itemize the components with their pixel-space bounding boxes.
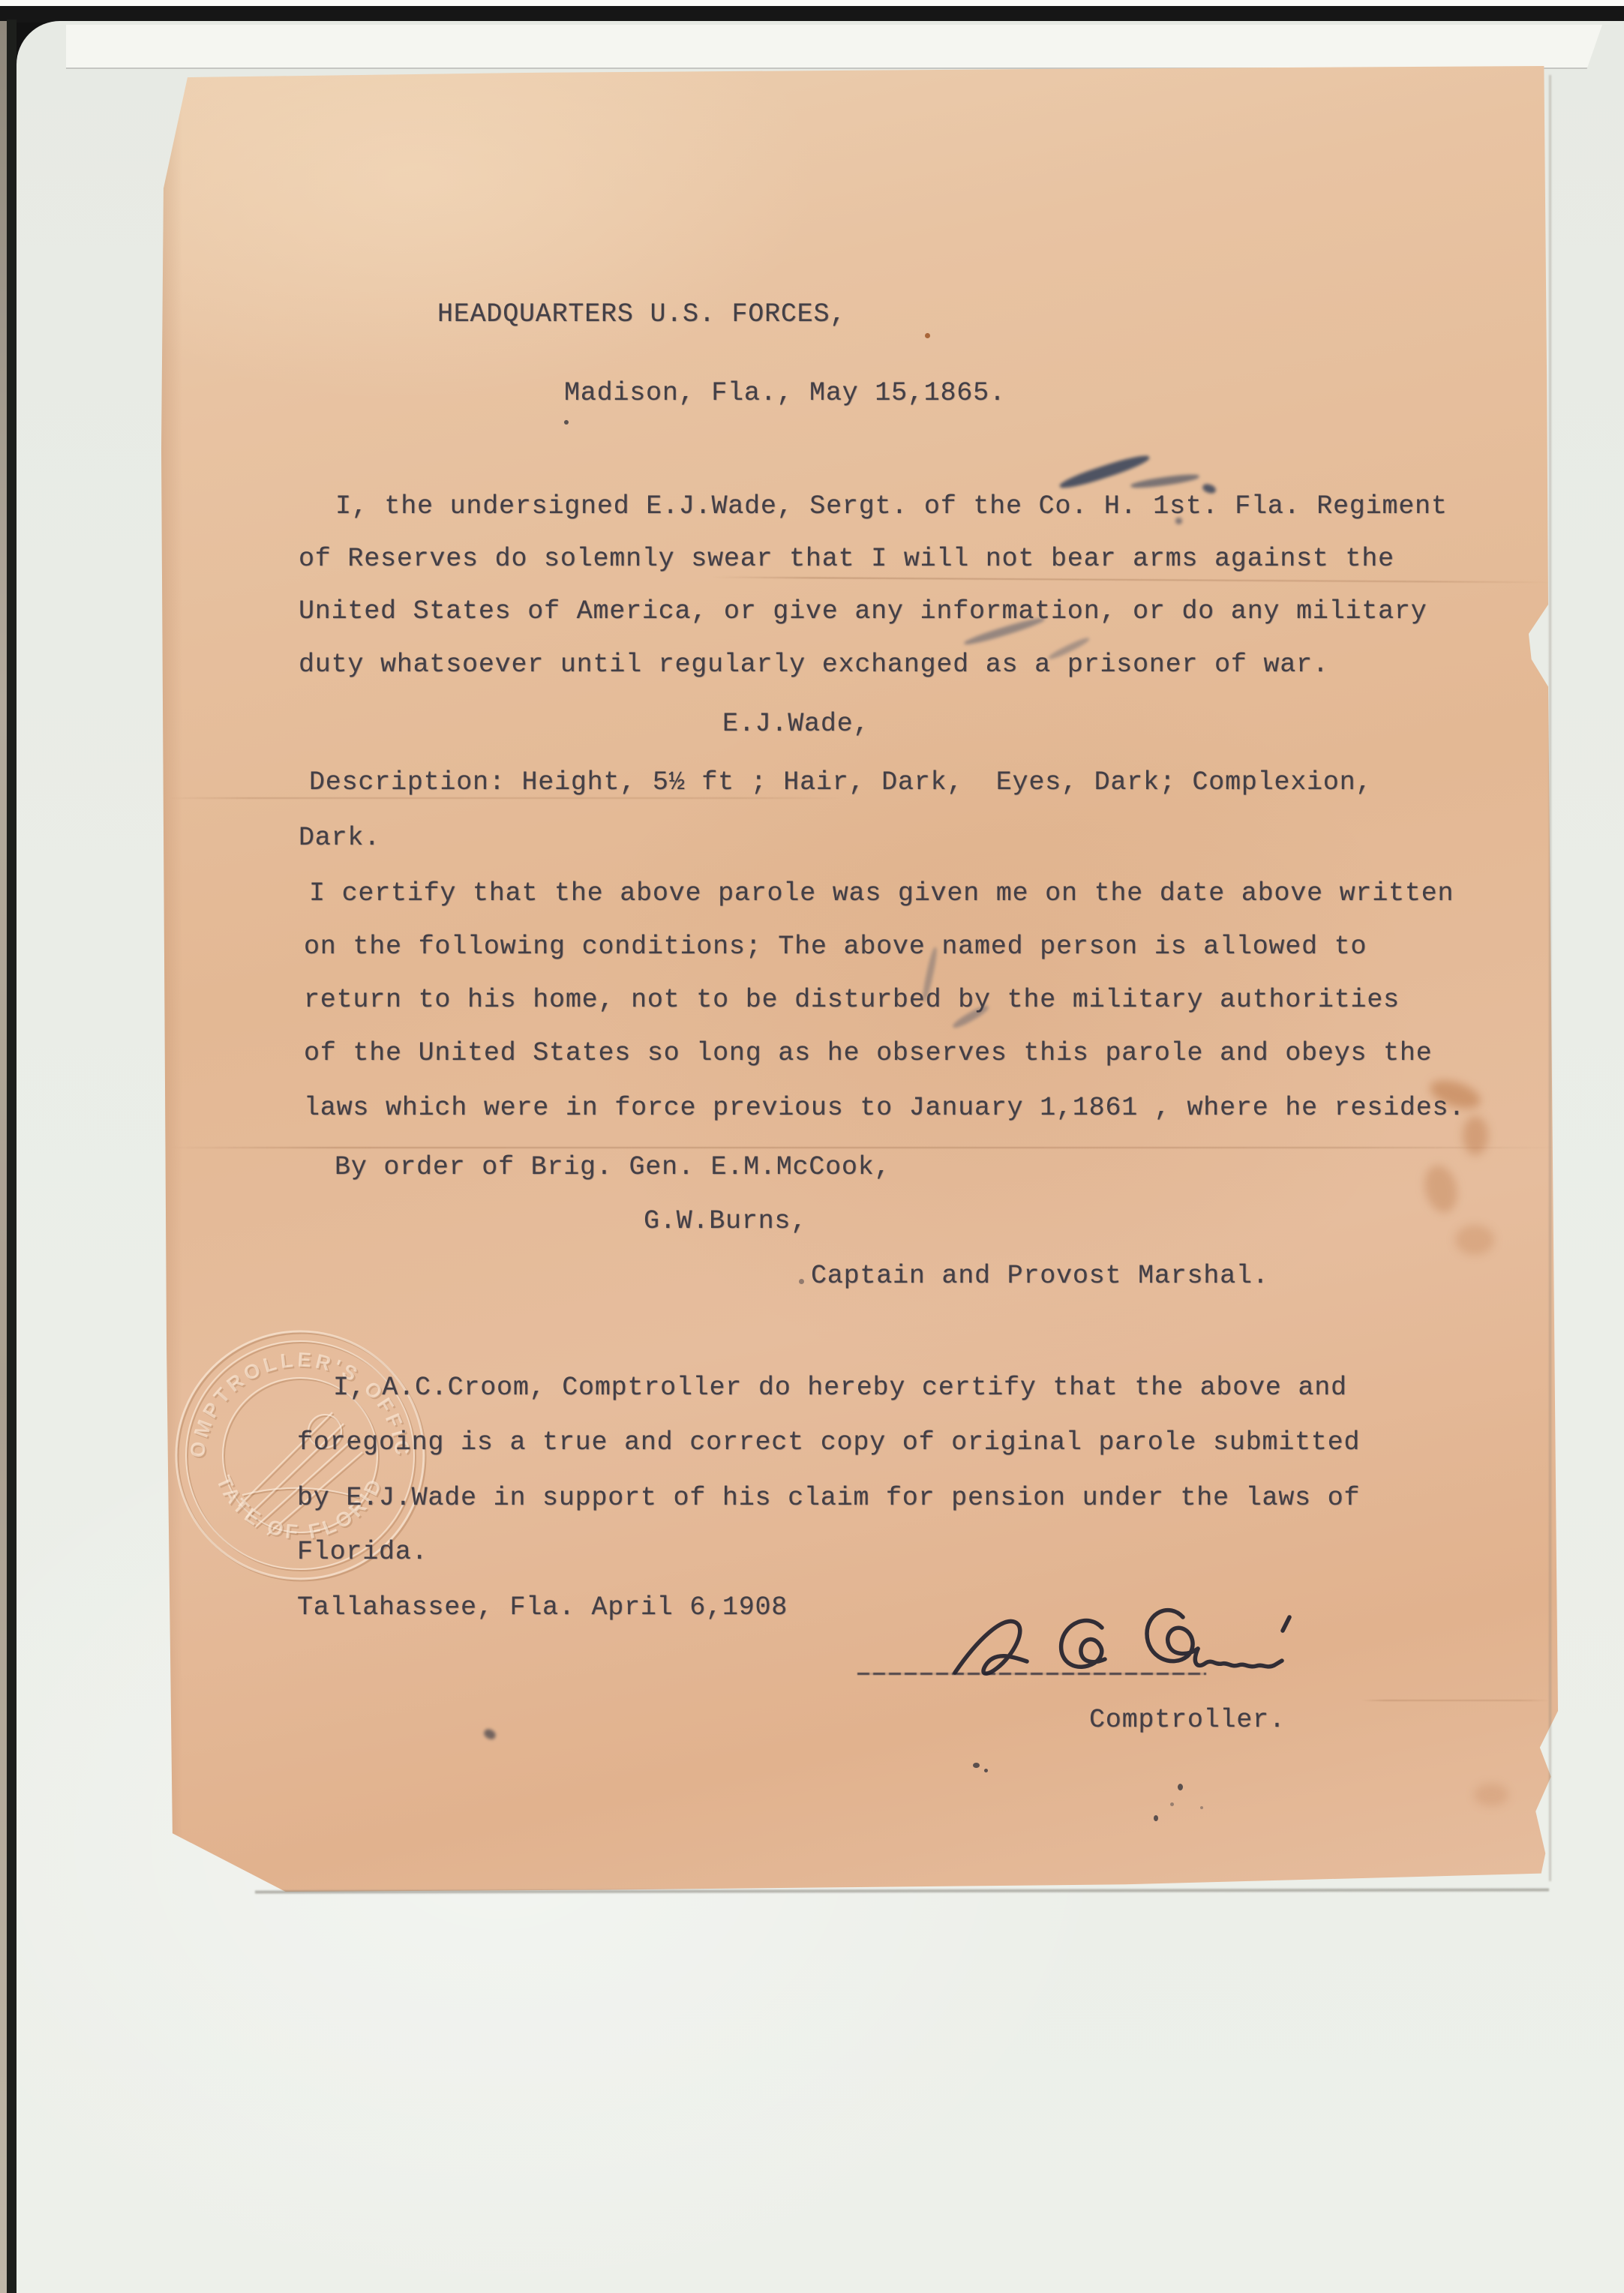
typed-line-dateline: Madison, Fla., May 15,1865. <box>564 379 1006 407</box>
paper-speck <box>1154 1815 1158 1821</box>
rust-stain <box>1463 1116 1488 1155</box>
typed-line-parolee-name: E.J.Wade, <box>722 710 869 738</box>
typed-line-certify: I certify that the above parole was give… <box>309 879 1454 908</box>
typed-line-croom-cert: Florida. <box>297 1538 428 1566</box>
typed-line-description: Dark. <box>299 824 380 852</box>
rust-stain <box>1420 1162 1462 1216</box>
scan-frame-top-bar <box>0 6 1624 23</box>
paper-edge-shadow <box>1549 75 1551 1881</box>
typed-line-certify: on the following conditions; The above n… <box>304 932 1367 961</box>
scan-edge-left <box>0 21 7 2293</box>
paper-speck <box>799 1279 804 1284</box>
scan-frame-left-bar <box>7 20 17 2293</box>
typed-line-place-date: Tallahassee, Fla. April 6,1908 <box>297 1593 788 1622</box>
typed-line-oath: of Reserves do solemnly swear that I wil… <box>299 545 1394 573</box>
typed-line-certify: laws which were in force previous to Jan… <box>304 1094 1465 1122</box>
ink-smudge <box>482 1727 497 1741</box>
ink-smudge <box>1130 473 1200 491</box>
handwritten-signature: A C Croom <box>934 1596 1309 1709</box>
typed-line-oath: United States of America, or give any in… <box>299 597 1427 626</box>
paper-crease <box>713 577 1553 584</box>
typed-line-croom-cert: foregoing is a true and correct copy of … <box>297 1428 1360 1457</box>
typed-line-croom-cert: I, A.C.Croom, Comptroller do hereby cert… <box>333 1373 1347 1402</box>
paper-crease <box>1361 1700 1549 1701</box>
backing-sheet-fold-strip <box>66 25 1602 69</box>
rust-stain <box>1474 1784 1508 1806</box>
typed-line-comptroller: Comptroller. <box>1089 1706 1286 1734</box>
typed-line-certify: of the United States so long as he obser… <box>304 1039 1432 1067</box>
typed-line-description: Description: Height, 5½ ft ; Hair, Dark,… <box>309 768 1372 797</box>
typed-line-croom-cert: by E.J.Wade in support of his claim for … <box>297 1484 1360 1512</box>
typed-line-oath: I, the undersigned E.J.Wade, Sergt. of t… <box>335 492 1448 521</box>
paper-speck <box>1200 1806 1203 1809</box>
paper-crease <box>171 1147 1555 1148</box>
paper-speck <box>973 1763 980 1768</box>
typed-line-headquarters: HEADQUARTERS U.S. FORCES, <box>437 300 846 329</box>
paper-speck <box>564 420 569 425</box>
rust-stain <box>1455 1225 1494 1255</box>
typed-line-by-order: By order of Brig. Gen. E.M.McCook, <box>335 1153 890 1181</box>
typed-line-marshal: Captain and Provost Marshal. <box>811 1262 1269 1290</box>
scanned-page: COMPTROLLER'S OFFICE COMPTROLLER'S OFFIC… <box>0 0 1624 2293</box>
paper-crease <box>169 797 844 799</box>
paper-speck <box>1170 1802 1174 1806</box>
paper-speck <box>984 1769 988 1772</box>
paper-speck <box>925 333 930 338</box>
paper-speck <box>1178 1784 1183 1790</box>
typed-line-certify: return to his home, not to be disturbed … <box>304 986 1400 1014</box>
typed-line-oath: duty whatsoever until regularly exchange… <box>299 650 1329 679</box>
typed-line-burns: G.W.Burns, <box>644 1207 807 1235</box>
